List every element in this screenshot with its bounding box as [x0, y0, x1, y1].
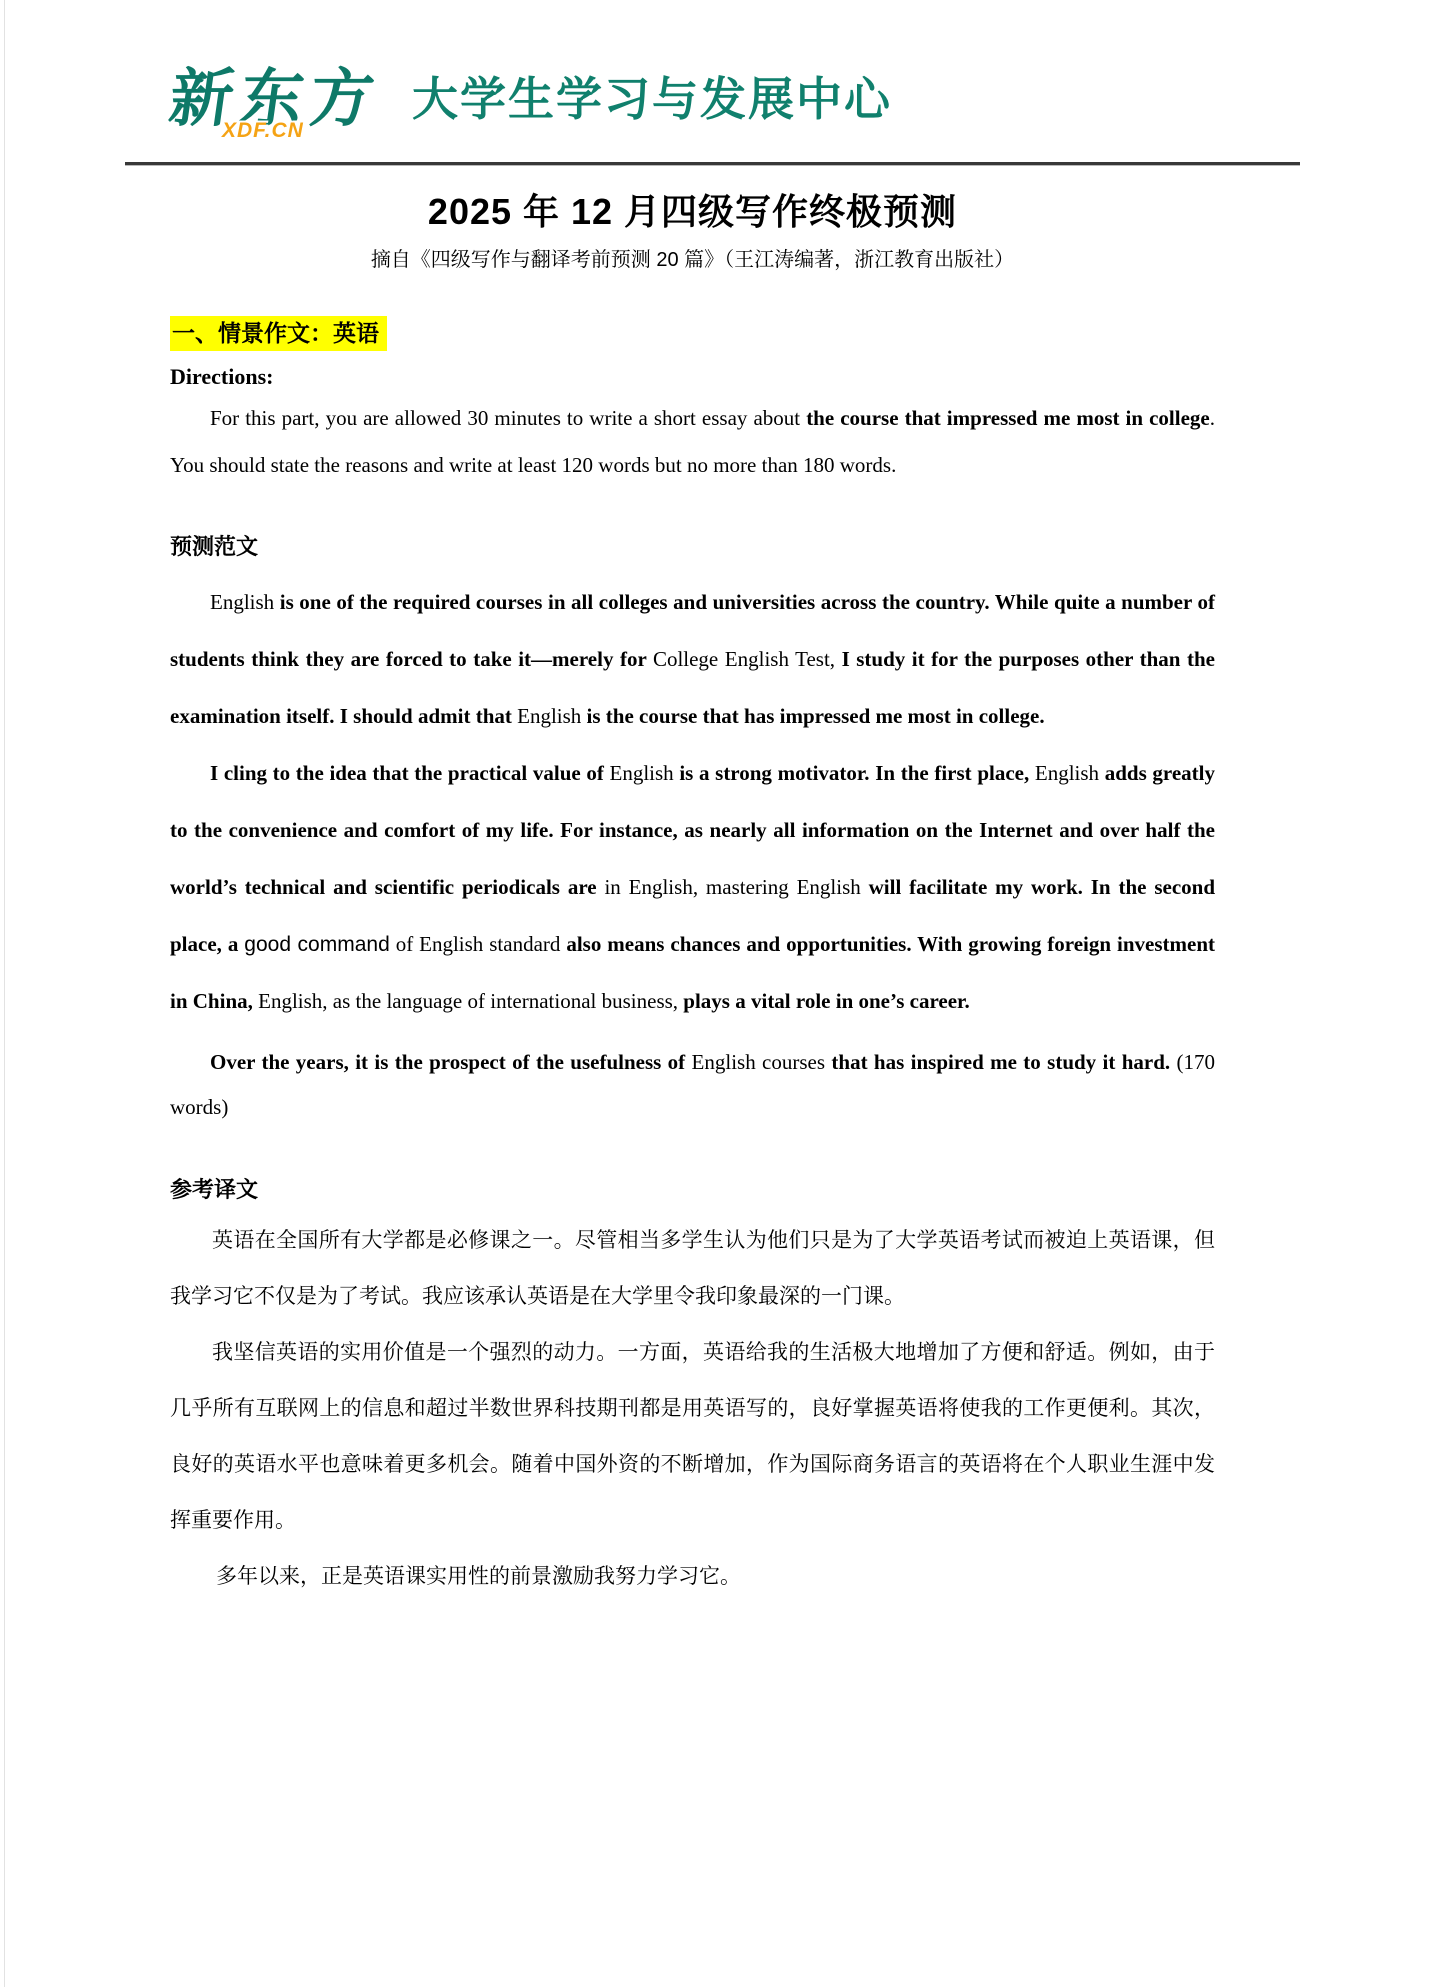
directions-paragraph: For this part, you are allowed 30 minute… [170, 395, 1215, 489]
xdf-logo-domain: XDF.CN [222, 119, 304, 143]
essay-paragraph-1: English is one of the required courses i… [170, 574, 1215, 745]
section-heading-highlighted: 一、情景作文：英语 [170, 316, 387, 351]
xdf-logo: 新东方 XDF.CN [170, 68, 380, 131]
page-left-edge [4, 0, 5, 1987]
document-page: 新东方 XDF.CN 大学生学习与发展中心 2025 年 12 月四级写作终极预… [0, 0, 1429, 1987]
translation-paragraph-2: 我坚信英语的实用价值是一个强烈的动力。一方面，英语给我的生活极大地增加了方便和舒… [170, 1325, 1215, 1549]
letterhead: 新东方 XDF.CN 大学生学习与发展中心 [170, 68, 1215, 146]
directions-label: Directions: [170, 363, 1215, 392]
header-rule [125, 162, 1300, 165]
translation-paragraph-3: 多年以来，正是英语课实用性的前景激励我努力学习它。 [170, 1549, 1215, 1605]
document-subtitle: 摘自《四级写作与翻译考前预测 20 篇》（王江涛编著，浙江教育出版社） [170, 246, 1215, 274]
essay-paragraph-3: Over the years, it is the prospect of th… [170, 1040, 1215, 1130]
center-name: 大学生学习与发展中心 [412, 74, 892, 125]
essay-paragraph-2: I cling to the idea that the practical v… [170, 745, 1215, 1030]
translation-heading: 参考译文 [170, 1176, 1215, 1205]
document-title: 2025 年 12 月四级写作终极预测 [170, 189, 1215, 236]
sample-essay-heading: 预测范文 [170, 533, 1215, 562]
translation-paragraph-1: 英语在全国所有大学都是必修课之一。尽管相当多学生认为他们只是为了大学英语考试而被… [170, 1213, 1215, 1325]
section-heading-row: 一、情景作文：英语 [170, 316, 1215, 351]
